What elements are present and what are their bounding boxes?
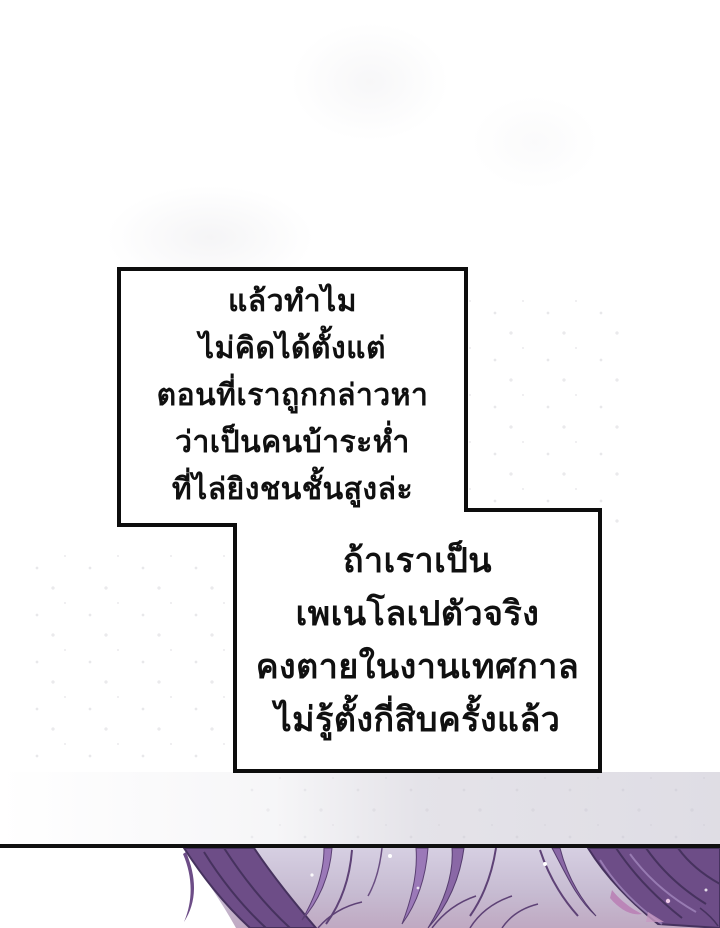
dialogue-line: แล้วทำไม (228, 278, 357, 325)
dialogue-line: ว่าเป็นคนบ้าระห่ำ (175, 419, 410, 466)
speech-bubble-1: แล้วทำไม ไม่คิดได้ตั้งแต่ ตอนที่เราถูกกล… (117, 267, 468, 523)
sparkle (666, 899, 670, 903)
dialogue-line: ตอนที่เราถูกกล่าวหา (157, 372, 429, 419)
dialogue-line: ถ้าเราเป็น (343, 535, 492, 588)
sparkle (310, 873, 313, 876)
background-smudge (290, 22, 450, 142)
sparkle (705, 889, 708, 892)
background-smudge (470, 95, 600, 190)
sparkle (417, 887, 420, 890)
watercolor-texture-dots (240, 772, 720, 845)
dialogue-line: ไม่รู้ตั้งกี่สิบครั้งแล้ว (275, 694, 561, 747)
character-hair-illustration (0, 848, 720, 928)
dialogue-line: คงตายในงานเทศกาล (256, 641, 579, 694)
dialogue-line: ไม่คิดได้ตั้งแต่ (199, 325, 386, 372)
dialogue-line: เพเนโลเปตัวจริง (296, 588, 540, 641)
hair-flyaway-strand (183, 852, 194, 922)
webtoon-page: แล้วทำไม ไม่คิดได้ตั้งแต่ ตอนที่เราถูกกล… (0, 0, 720, 928)
sparkle (388, 854, 392, 858)
speech-bubble-2: ถ้าเราเป็น เพเนโลเปตัวจริง คงตายในงานเทศ… (233, 508, 602, 773)
background-smudge (25, 550, 260, 765)
dialogue-line: ที่ไล่ยิงชนชั้นสูงล่ะ (172, 466, 413, 513)
sparkle (543, 862, 547, 866)
